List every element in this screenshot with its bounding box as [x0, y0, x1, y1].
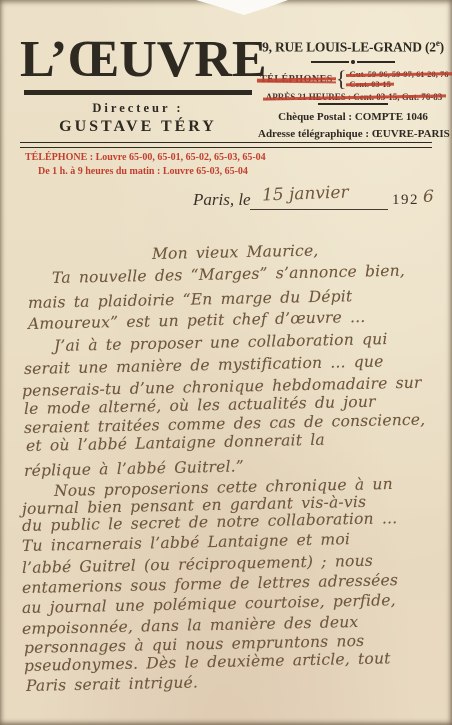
handwritten-line: réplique à l’abbé Guitrel.” — [24, 457, 244, 480]
director-label: Directeur : — [24, 101, 252, 116]
date-printed-year: 192 — [392, 192, 419, 209]
director-name: GUSTAVE TÉRY — [24, 118, 252, 136]
phone-numbers-line2: Cent. 03-15 — [349, 79, 391, 89]
torn-paper-edge — [196, 0, 288, 15]
telegraph-address-line: Adresse télégraphique : ŒUVRE-PARIS — [258, 128, 448, 140]
ornament-bar-right — [357, 61, 395, 63]
date-underline — [250, 209, 388, 210]
date-handwritten: 15 janvier — [262, 182, 349, 205]
street-address-close: ) — [440, 40, 444, 55]
phone-numbers-line1: Gut. 59-96, 59-97, 61-20, 76-83 — [349, 69, 452, 79]
handwritten-line: Paris serait intrigué. — [26, 673, 198, 695]
handwritten-line: J’ai à te proposer une collaboration qui — [54, 330, 388, 355]
after-hours-line: APRÈS 21 HEURES : Cent. 03-15, Gut. 76-8… — [258, 92, 450, 102]
masthead-title: L’ŒUVRE — [20, 34, 256, 86]
telephones-label: TÉLÉPHONES — [260, 74, 333, 85]
street-address: 9, RUE LOUIS-LE-GRAND (2e) — [258, 38, 448, 56]
ornament-dots — [351, 60, 355, 64]
short-rule — [318, 103, 388, 105]
masthead-rule — [24, 90, 252, 95]
telephone-louvre-line2: De 1 h. à 9 heures du matin : Louvre 65-… — [38, 166, 248, 177]
telephone-louvre-line1: TÉLÉPHONE : Louvre 65-00, 65-01, 65-02, … — [25, 152, 266, 163]
after-hours-text: APRÈS 21 HEURES : Cent. 03-15, Gut. 76-8… — [266, 92, 443, 102]
date-handwritten-year-digit: 6 — [423, 187, 434, 207]
telephones-row: TÉLÉPHONES { Gut. 59-96, 59-97, 61-20, 7… — [260, 66, 450, 92]
header-double-rule — [20, 142, 432, 148]
brace-glyph: { — [336, 66, 347, 92]
handwritten-line: Mon vieux Maurice, — [152, 242, 319, 263]
handwritten-line: Amoureux” est un petit chef d’œuvre ... — [28, 308, 366, 333]
telephones-numbers: Gut. 59-96, 59-97, 61-20, 76-83 Cent. 03… — [349, 69, 452, 89]
cheque-postal-line: Chèque Postal : COMPTE 1046 — [258, 111, 448, 123]
street-address-text: 9, RUE LOUIS-LE-GRAND (2 — [262, 40, 436, 55]
date-printed-prefix: Paris, le — [193, 190, 251, 210]
handwritten-line: Ta nouvelle des “Marges” s’annonce bien, — [52, 262, 405, 287]
handwritten-line: serait une manière de mystification ... … — [24, 352, 384, 378]
ornament-divider — [258, 58, 448, 66]
ornament-bar-left — [311, 61, 349, 63]
letterhead-page: L’ŒUVRE Directeur : GUSTAVE TÉRY 9, RUE … — [0, 0, 452, 725]
